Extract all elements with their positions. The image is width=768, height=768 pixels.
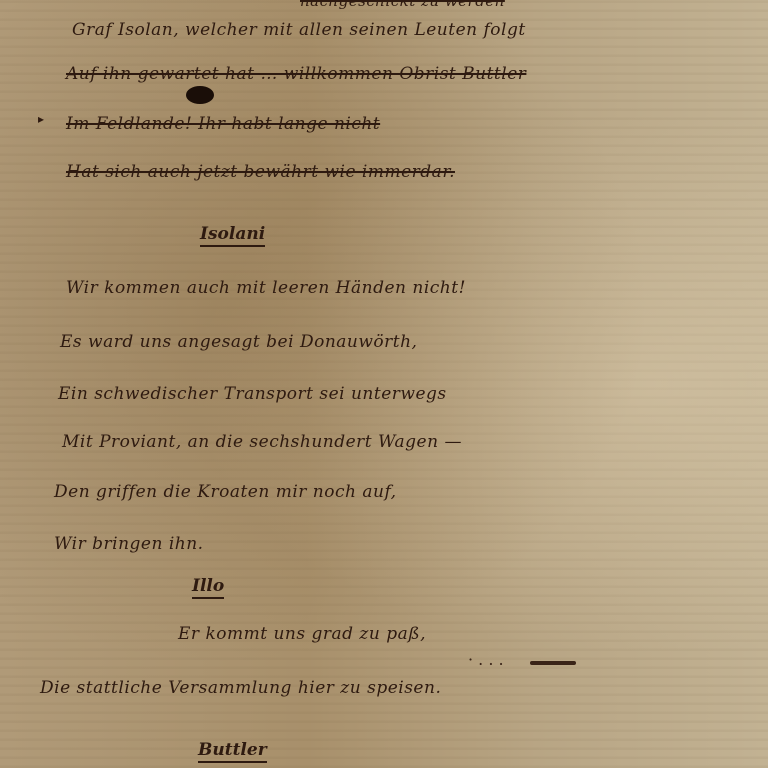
struck-line-4: Hat sich auch jetzt bewährt wie immerdar… [66, 162, 455, 182]
verse-line: Es ward uns angesagt bei Donauwörth, [60, 332, 417, 352]
verse-line: Wir kommen auch mit leeren Händen nicht! [66, 278, 466, 298]
speaker-illo: Illo [192, 576, 224, 599]
verse-line: Ein schwedischer Transport sei unterwegs [58, 384, 447, 404]
verse-line: Die stattliche Versammlung hier zu speis… [40, 678, 441, 698]
struck-line-2: Auf ihn gewartet hat … willkommen Obrist… [66, 64, 526, 84]
ink-blot [186, 86, 214, 104]
margin-marker: ▸ [38, 112, 44, 126]
speaker-buttler: Buttler [198, 740, 267, 763]
speaker-isolani: Isolani [200, 224, 265, 247]
verse-line: Er kommt uns grad zu paß, [178, 624, 426, 644]
verse-line: Mit Proviant, an die sechshundert Wagen … [62, 432, 462, 452]
dash-mark [530, 661, 576, 665]
trailing-marks: · . . . [468, 650, 504, 669]
struck-line-0: nachgeschickt zu werden [300, 0, 505, 10]
manuscript-line-1: Graf Isolan, welcher mit allen seinen Le… [72, 20, 526, 40]
verse-line: Wir bringen ihn. [54, 534, 204, 554]
struck-line-3: Im Feldlande! Ihr habt lange nicht [66, 114, 380, 134]
verse-line: Den griffen die Kroaten mir noch auf, [54, 482, 397, 502]
